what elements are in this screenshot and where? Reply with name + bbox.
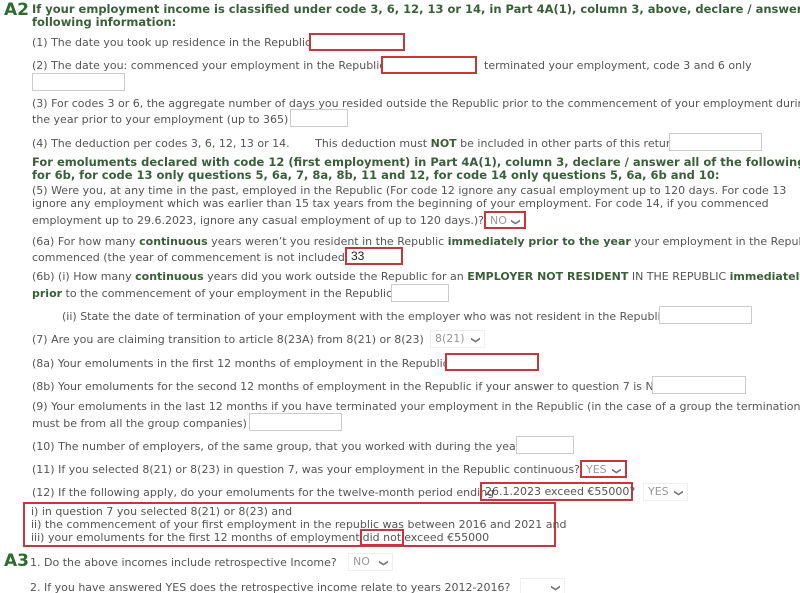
q4-note-bold: NOT <box>431 137 457 150</box>
q1-residence-date-input[interactable] <box>309 33 405 51</box>
q6a-mid: years weren’t you resident in the Republ… <box>208 235 448 248</box>
q6b-bold-immediately: immediately <box>730 270 800 283</box>
a2-header-line2: following information: <box>32 15 176 29</box>
q6a-pre: (6a) For how many <box>32 235 139 248</box>
q6b-bold-employer: EMPLOYER NOT RESIDENT <box>467 270 628 283</box>
section-label-a2: A2 <box>4 0 29 20</box>
q6b-i-label-line2: prior to the commencement of your employ… <box>32 287 396 301</box>
q11-label: (11) If you selected 8(21) or 8(23) in q… <box>32 463 580 477</box>
q8a-label: (8a) Your emoluments in the first 12 mon… <box>32 357 449 371</box>
q6b-mid: years did you work outside the Republic … <box>204 270 468 283</box>
q11-continuous-select[interactable]: YES❯ <box>580 460 627 478</box>
q7-label: (7) Are you are claiming transition to a… <box>32 333 424 347</box>
condition-iii: iii) your emoluments for the first 12 mo… <box>31 531 489 545</box>
q8b-label: (8b) Your emoluments for the second 12 m… <box>32 380 662 394</box>
q9-emoluments-input[interactable] <box>249 413 342 431</box>
condition-iii-highlight: did not <box>360 529 405 546</box>
q7-selected-value: 8(21) <box>435 332 465 345</box>
condition-iii-post: exceed €55000 <box>404 531 489 544</box>
q12-label: (12) If the following apply, do your emo… <box>32 486 494 500</box>
a2-header-line1: If your employment income is classified … <box>32 2 800 16</box>
q5-label-line1: (5) Were you, at any time in the past, e… <box>32 184 786 198</box>
code12-header-line2: for 6b, for code 13 only questions 5, 6a… <box>32 168 720 182</box>
chevron-down-icon: ❯ <box>670 489 686 497</box>
q4-note-post: be included in other parts of this retur… <box>457 137 681 150</box>
chevron-down-icon: ❯ <box>608 467 624 475</box>
q12-exceed-select[interactable]: YES❯ <box>643 483 688 501</box>
q6b-ii-label: (ii) State the date of termination of yo… <box>62 310 670 324</box>
code12-header-line1: For emoluments declared with code 12 (fi… <box>32 155 800 169</box>
q3-label-line2: the year prior to your employment (up to… <box>32 113 288 127</box>
q10-label: (10) The number of employers, of the sam… <box>32 440 520 454</box>
q6b-bold-prior: prior <box>32 287 62 300</box>
q2-terminated-label: terminated your employment, code 3 and 6… <box>484 59 752 73</box>
q5-selected-value: NO <box>490 214 507 227</box>
q8a-emoluments-input[interactable] <box>445 353 539 371</box>
q6b-ii-termination-date-input[interactable] <box>659 306 752 324</box>
q6b-pre: (6b) (i) How many <box>32 270 135 283</box>
q8b-emoluments-input[interactable] <box>652 376 746 394</box>
q6b-i-years-input[interactable] <box>391 284 449 302</box>
chevron-down-icon: ❯ <box>375 559 391 567</box>
q10-employers-count-input[interactable] <box>516 436 574 454</box>
q2-commenced-date-input[interactable] <box>381 56 477 74</box>
q4-note-pre: This deduction must <box>315 137 431 150</box>
chevron-down-icon: ❯ <box>547 584 563 592</box>
q6b-i-label-line1: (6b) (i) How many continuous years did y… <box>32 270 800 284</box>
a3-q1-retrospective-select[interactable]: NO❯ <box>348 553 393 571</box>
a3-q1-selected-value: NO <box>353 555 370 568</box>
q2-terminated-date-input[interactable] <box>32 73 125 91</box>
condition-ii: ii) the commencement of your first emplo… <box>31 518 566 532</box>
q5-employed-before-select[interactable]: NO❯ <box>484 211 526 229</box>
condition-i: i) in question 7 you selected 8(21) or 8… <box>31 505 292 519</box>
q3-days-input[interactable] <box>290 109 348 127</box>
q4-label: (4) The deduction per codes 3, 6, 12, 13… <box>32 137 681 151</box>
q9-label-line2: must be from all the group companies) <box>32 417 247 431</box>
q6a-bold-immediately: immediately prior to the year <box>448 235 631 248</box>
q1-label: (1) The date you took up residence in th… <box>32 36 311 50</box>
q6a-label-line2: commenced (the year of commencement is n… <box>32 251 349 265</box>
chevron-down-icon: ❯ <box>507 218 523 226</box>
q3-label-line1: (3) For codes 3 or 6, the aggregate numb… <box>32 97 800 111</box>
q5-label-line2: ignore any employment which was earlier … <box>32 197 769 211</box>
q5-label-line3: employment up to 29.6.2023, ignore any c… <box>32 214 484 228</box>
q6a-post: your employment in the Republic <box>631 235 800 248</box>
q6a-bold-continuous: continuous <box>139 235 208 248</box>
q4-deduction-input[interactable] <box>669 133 762 151</box>
q12-selected-value: YES <box>648 485 669 498</box>
q6b-line2: to the commencement of your employment i… <box>62 287 396 300</box>
q11-selected-value: YES <box>586 463 607 476</box>
q6b-mid2: IN THE REPUBLIC <box>628 270 729 283</box>
condition-iii-pre: iii) your emoluments for the first 12 mo… <box>31 531 360 544</box>
q2-label: (2) The date you: commenced your employm… <box>32 59 385 73</box>
a3-q2-years-select[interactable]: ❯ <box>520 578 565 593</box>
q12-highlight-period: 26.1.2023 exceed €55000? <box>480 482 633 501</box>
q4-text: (4) The deduction per codes 3, 6, 12, 13… <box>32 137 290 150</box>
chevron-down-icon: ❯ <box>467 336 483 344</box>
a3-q2-label: 2. If you have answered YES does the ret… <box>30 581 510 593</box>
q6a-years-input[interactable] <box>345 247 403 265</box>
section-label-a3: A3 <box>4 551 29 571</box>
a3-q1-label: 1. Do the above incomes include retrospe… <box>30 556 337 570</box>
q6b-bold-continuous: continuous <box>135 270 204 283</box>
q7-article-select[interactable]: 8(21)❯ <box>430 330 485 348</box>
q6a-label-line1: (6a) For how many continuous years weren… <box>32 235 800 249</box>
q9-label-line1: (9) Your emoluments in the last 12 month… <box>32 400 800 414</box>
